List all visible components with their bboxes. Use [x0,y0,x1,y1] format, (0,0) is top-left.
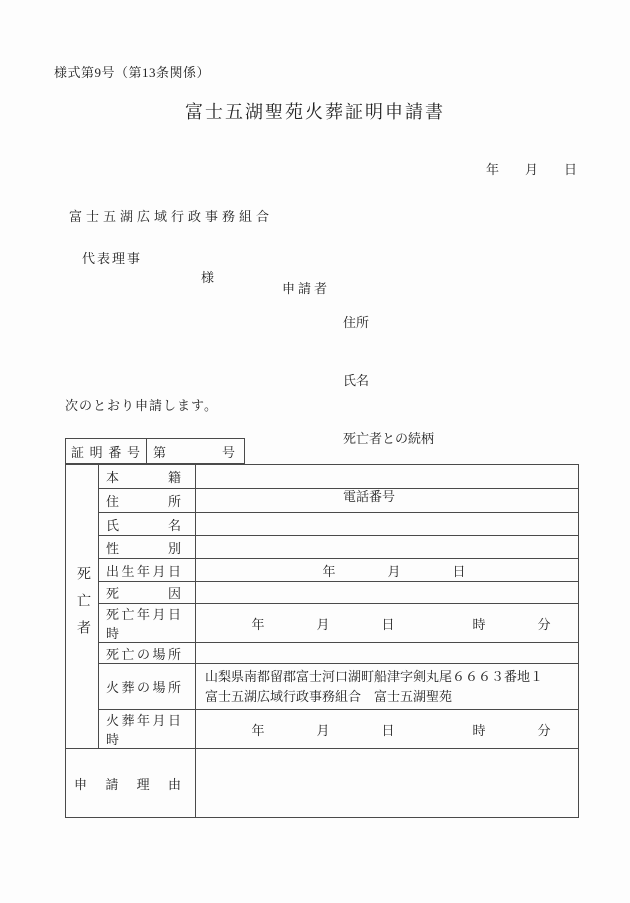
cremation-place-label: 火葬の場所 [99,664,196,710]
death-datetime-value: 年 月 日 時 分 [196,604,579,643]
row-cause-of-death: 死因 [66,582,579,604]
certificate-number-label: 証明番号 [66,439,147,464]
applicant-field-name: 氏名 [343,368,434,394]
deceased-details-table: 死亡者 本籍 住所 氏名 性別 出生年月日 年 月 日 死因 死亡年月日時 [65,464,579,818]
recipient-line: 代表理事 様 [69,232,214,302]
domicile-label: 本籍 [99,465,196,489]
row-birth-date: 出生年月日 年 月 日 [66,559,579,582]
address-label: 住所 [99,489,196,513]
form-number: 様式第9号（第13条関係） [54,62,210,81]
recipient-role: 代表理事 [82,251,142,266]
applicant-field-relationship: 死亡者との続柄 [343,426,434,452]
application-reason-value [196,749,579,818]
row-death-datetime: 死亡年月日時 年 月 日 時 分 [66,604,579,643]
row-cremation-place: 火葬の場所 山梨県南都留郡富士河口湖町船津字剣丸尾６６６３番地１ 富士五湖広域行… [66,664,579,710]
address-value [196,489,579,513]
cause-of-death-value [196,582,579,604]
row-application-reason: 申請理由 [66,749,579,818]
recipient-honorific: 様 [201,270,214,285]
cremation-datetime-label: 火葬年月日時 [99,710,196,749]
date-line: 年 月 日 [486,159,577,178]
cremation-place-address-line: 山梨県南都留郡富士河口湖町船津字剣丸尾６６６３番地１ [205,667,574,687]
birth-date-value: 年 月 日 [196,559,579,582]
application-reason-label: 申請理由 [66,749,196,818]
deceased-group-cell: 死亡者 [66,465,99,749]
cremation-certificate-application-form: 様式第9号（第13条関係） 富士五湖聖苑火葬証明申請書 年 月 日 富士五湖広域… [0,0,630,903]
row-cremation-datetime: 火葬年月日時 年 月 日 時 分 [66,710,579,749]
recipient-organization: 富士五湖広域行政事務組合 [69,206,273,225]
deceased-group-label: 死亡者 [72,566,92,647]
sex-value [196,536,579,559]
death-place-value [196,643,579,664]
intro-statement: 次のとおり申請します。 [65,395,218,414]
certificate-number-row: 証明番号 第 号 [66,439,245,464]
name-value [196,513,579,536]
row-domicile: 死亡者 本籍 [66,465,579,489]
birth-date-label: 出生年月日 [99,559,196,582]
page-title: 富士五湖聖苑火葬証明申請書 [0,98,630,124]
applicant-field-address: 住所 [343,310,434,336]
death-datetime-label: 死亡年月日時 [99,604,196,643]
sex-label: 性別 [99,536,196,559]
certificate-number-table: 証明番号 第 号 [65,438,245,464]
cause-of-death-label: 死因 [99,582,196,604]
certificate-number-value: 第 号 [147,439,245,464]
name-label: 氏名 [99,513,196,536]
domicile-value [196,465,579,489]
cremation-place-facility-line: 富士五湖広域行政事務組合 富士五湖聖苑 [205,687,574,707]
cremation-place-value: 山梨県南都留郡富士河口湖町船津字剣丸尾６６６３番地１ 富士五湖広域行政事務組合 … [196,664,579,710]
row-name: 氏名 [66,513,579,536]
cremation-datetime-value: 年 月 日 時 分 [196,710,579,749]
row-address: 住所 [66,489,579,513]
death-place-label: 死亡の場所 [99,643,196,664]
row-death-place: 死亡の場所 [66,643,579,664]
row-sex: 性別 [66,536,579,559]
